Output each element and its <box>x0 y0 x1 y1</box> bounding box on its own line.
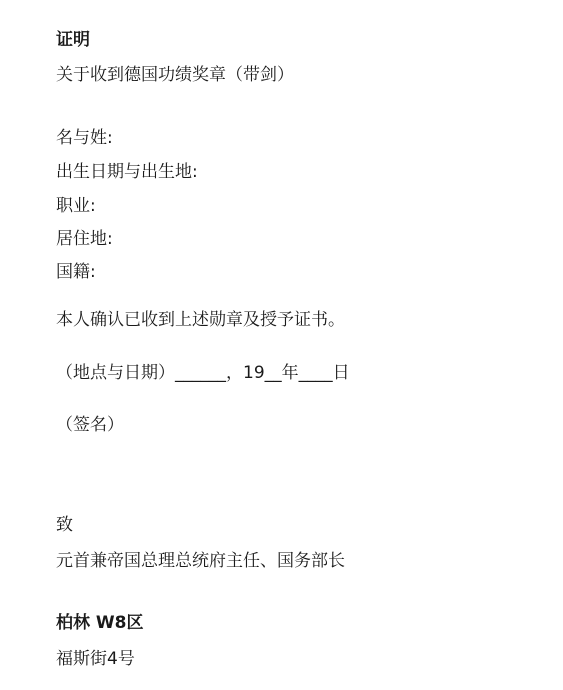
signature-line: （签名） <box>56 413 124 437</box>
field-nationality: 国籍: <box>56 260 96 284</box>
recipient-title: 元首兼帝国总理总统府主任、国务部长 <box>56 549 345 573</box>
document-title: 证明 <box>56 28 90 52</box>
document-subtitle: 关于收到德国功绩奖章（带剑） <box>56 63 294 87</box>
place-date-line: （地点与日期）______，19__年____日 <box>56 361 350 385</box>
field-birth: 出生日期与出生地: <box>56 160 198 184</box>
recipient-street: 福斯街4号 <box>56 647 135 671</box>
recipient-to: 致 <box>56 513 73 537</box>
field-occupation: 职业: <box>56 194 96 218</box>
confirmation-statement: 本人确认已收到上述勋章及授予证书。 <box>56 308 345 332</box>
field-residence: 居住地: <box>56 227 113 251</box>
field-name: 名与姓: <box>56 126 113 150</box>
recipient-city: 柏林 W8区 <box>56 611 144 635</box>
